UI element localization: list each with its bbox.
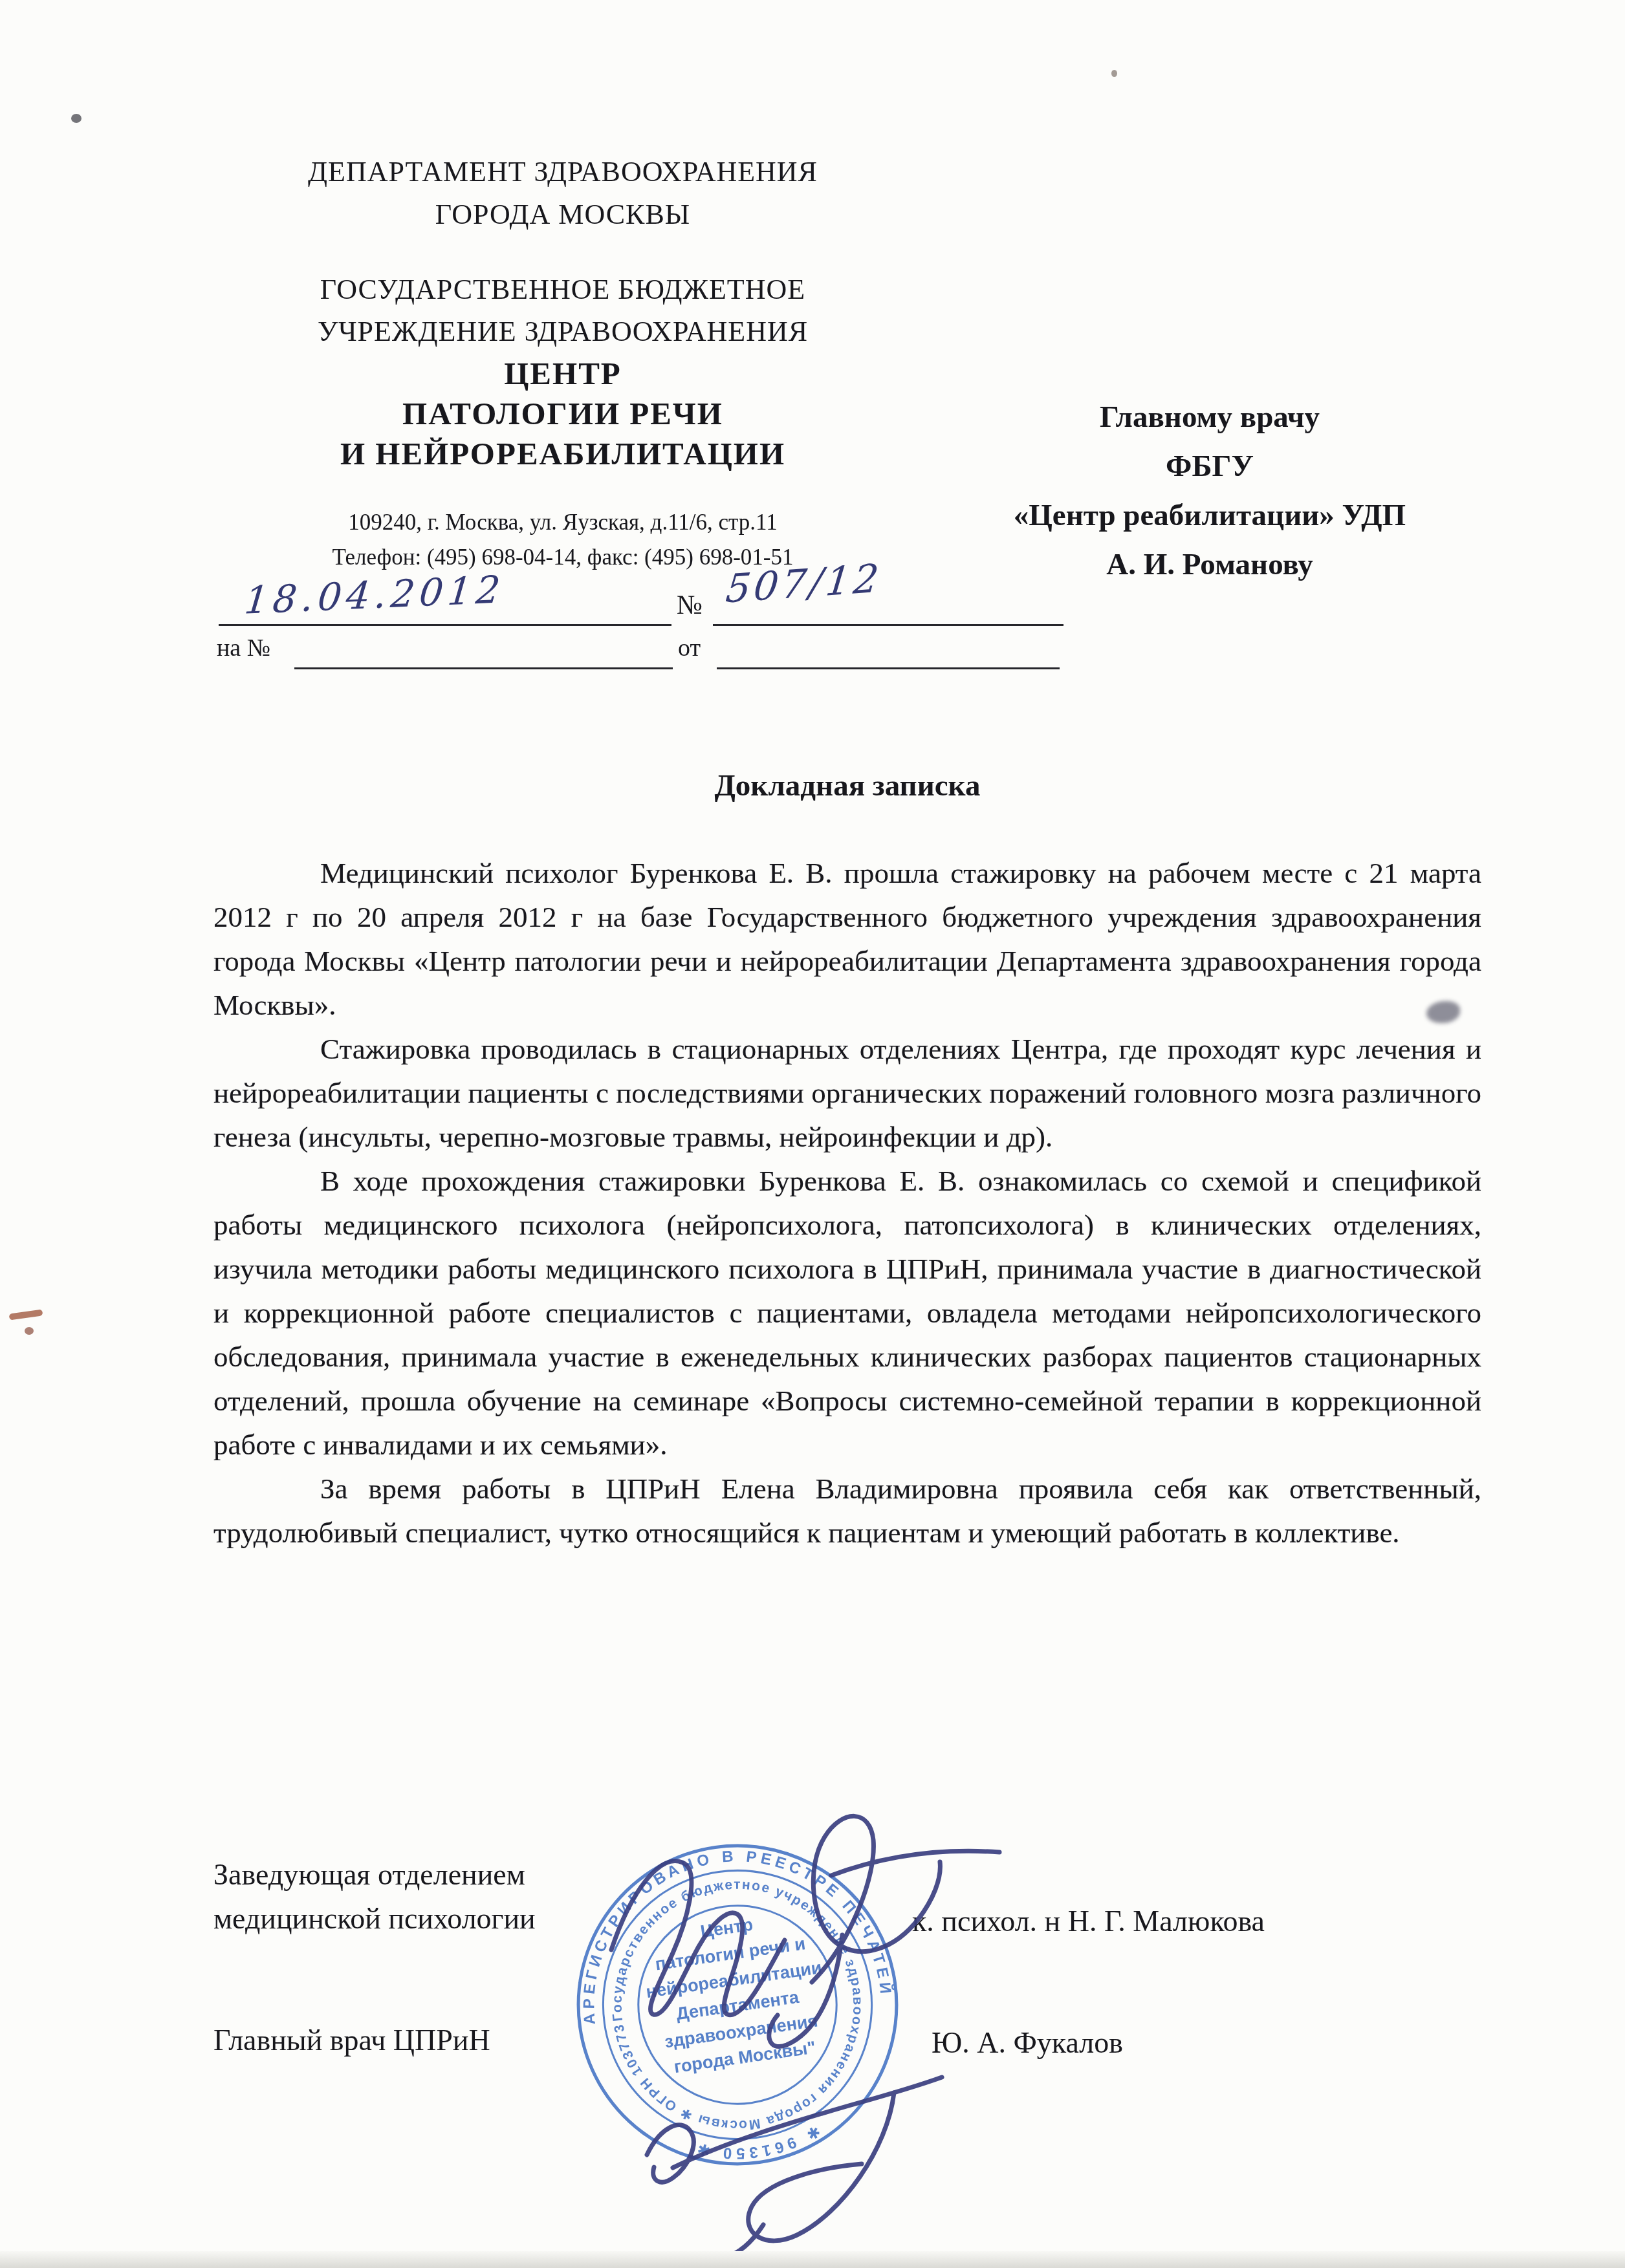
addressee-line1: Главному врачу — [938, 400, 1481, 435]
date-underline — [219, 624, 671, 626]
letterhead-center-line3: И НЕЙРОРЕАБИЛИТАЦИИ — [256, 435, 870, 472]
letterhead-center-line2: ПАТОЛОГИИ РЕЧИ — [256, 395, 870, 432]
signatory1-position-line1: Заведующая отделением — [213, 1857, 525, 1892]
letterhead-org-line2: УЧРЕЖДЕНИЕ ЗДРАВООХРАНЕНИЯ — [256, 315, 870, 348]
signatory1-name: к. психол. н Н. Г. Малюкова — [912, 1904, 1265, 1938]
addressee-line3: «Центр реабилитации» УДП — [938, 498, 1481, 533]
letterhead-org-line1: ГОСУДАРСТВЕННОЕ БЮДЖЕТНОЕ — [256, 273, 870, 306]
scan-edge-shadow — [0, 2251, 1625, 2268]
reply-number-label: на № — [217, 634, 270, 662]
scanned-memo-page: ДЕПАРТАМЕНТ ЗДРАВООХРАНЕНИЯ ГОРОДА МОСКВ… — [0, 0, 1625, 2268]
number-underline — [713, 624, 1063, 626]
signatory2-name: Ю. А. Фукалов — [932, 2025, 1123, 2060]
signatory1-position-line2: медицинской психологии — [213, 1901, 536, 1936]
handwritten-date: 18.04.2012 — [243, 567, 507, 623]
letterhead-department-line1: ДЕПАРТАМЕНТ ЗДРАВООХРАНЕНИЯ — [256, 155, 870, 188]
scan-artifact-speck — [71, 114, 82, 123]
scan-artifact-red-dot — [25, 1327, 34, 1335]
stamp-center-line1: Центр — [699, 1914, 754, 1941]
signatory2-position: Главный врач ЦПРиН — [213, 2023, 490, 2057]
reply-from-underline — [717, 667, 1060, 669]
body-paragraph-2: Стажировка проводилась в стационарных от… — [213, 1027, 1481, 1159]
body-paragraph-1: Медицинский психолог Буренкова Е. В. про… — [213, 851, 1481, 1027]
letterhead-department-line2: ГОРОДА МОСКВЫ — [256, 198, 870, 231]
document-title: Докладная записка — [213, 768, 1481, 803]
letterhead-center-line1: ЦЕНТР — [256, 355, 870, 392]
reply-number-underline — [294, 667, 673, 669]
addressee-line2: ФБГУ — [938, 449, 1481, 484]
scan-artifact-red-mark — [9, 1309, 43, 1320]
body-paragraph-3: В ходе прохождения стажировки Буренкова … — [213, 1159, 1481, 1467]
number-sign-label: № — [677, 590, 703, 621]
letterhead-address: 109240, г. Москва, ул. Яузская, д.11/6, … — [256, 510, 870, 535]
round-stamp: ЗАРЕГИСТРИРОВАНО В РЕЕСТРЕ ПЕЧАТЕЙ ✱ 961… — [546, 1813, 929, 2196]
body-paragraph-4: За время работы в ЦПРиН Елена Владимиров… — [213, 1467, 1481, 1555]
scan-artifact-small-speck — [1111, 70, 1117, 77]
reply-from-label: от — [678, 634, 701, 662]
addressee-line4: А. И. Романову — [938, 547, 1481, 582]
memo-body: Медицинский психолог Буренкова Е. В. про… — [213, 851, 1481, 1555]
